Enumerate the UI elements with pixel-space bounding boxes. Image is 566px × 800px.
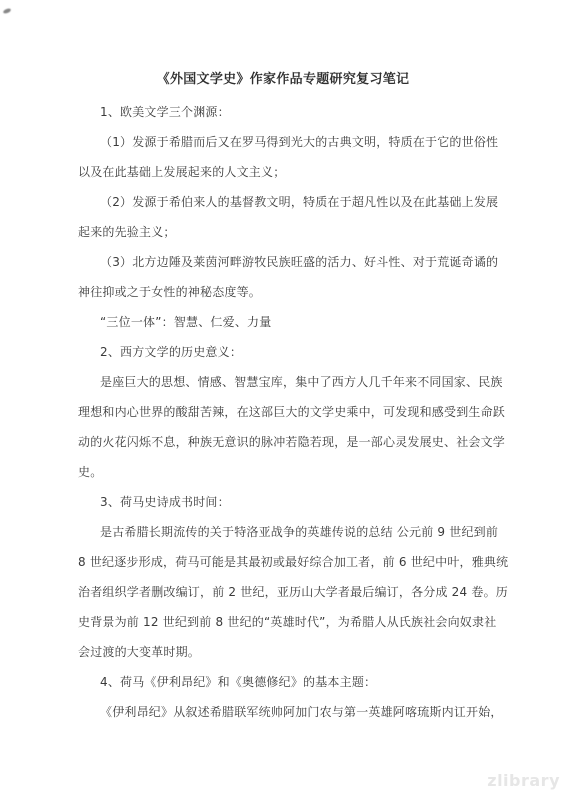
text-line: 8 世纪逐步形成，荷马可能是其最初或最好综合加工者，前 6 世纪中叶，雅典统 [78, 547, 498, 577]
text-line: 会过渡的大变革时期。 [78, 637, 498, 667]
text-line: 史背景为前 12 世纪到前 8 世纪的“英雄时代”，为希腊人从氏族社会向奴隶社 [78, 607, 498, 637]
text-line: 2、西方文学的历史意义： [78, 337, 498, 367]
document-page: 《外国文学史》作家作品专题研究复习笔记 1、欧美文学三个渊源： （1）发源于希腊… [0, 0, 566, 800]
text-line: 1、欧美文学三个渊源： [78, 97, 498, 127]
text-line: 动的火花闪烁不息，种族无意识的脉冲若隐若现，是一部心灵发展史、社会文学 [78, 427, 498, 457]
scan-ink-mark [3, 8, 12, 14]
text-line: “三位一体”：智慧、仁爱、力量 [78, 307, 498, 337]
document-title: 《外国文学史》作家作品专题研究复习笔记 [0, 68, 566, 87]
text-line: 《伊利昂纪》从叙述希腊联军统帅阿加门农与第一英雄阿喀琉斯内讧开始， [78, 697, 498, 727]
text-line: 以及在此基础上发展起来的人文主义； [78, 157, 498, 187]
text-line: 治者组织学者删改编订，前 2 世纪，亚历山大学者最后编订，各分成 24 卷。历 [78, 577, 498, 607]
text-line: （3）北方边陲及莱茵河畔游牧民族旺盛的活力、好斗性、对于荒诞奇谲的 [78, 247, 498, 277]
text-line: 史。 [78, 457, 498, 487]
text-line: （1）发源于希腊而后又在罗马得到光大的古典文明，特质在于它的世俗性 [78, 127, 498, 157]
text-line: （2）发源于希伯来人的基督教文明，特质在于超凡性以及在此基础上发展 [78, 187, 498, 217]
text-line: 4、荷马《伊利昂纪》和《奥德修纪》的基本主题： [78, 667, 498, 697]
text-line: 3、荷马史诗成书时间： [78, 487, 498, 517]
document-body: 1、欧美文学三个渊源： （1）发源于希腊而后又在罗马得到光大的古典文明，特质在于… [78, 97, 498, 727]
text-line: 起来的先验主义； [78, 217, 498, 247]
text-line: 是座巨大的思想、情感、智慧宝库，集中了西方人几千年来不同国家、民族 [78, 367, 498, 397]
text-line: 理想和内心世界的酸甜苦辣，在这部巨大的文学史乘中，可发现和感受到生命跃 [78, 397, 498, 427]
text-line: 神往抑或之于女性的神秘态度等。 [78, 277, 498, 307]
text-line: 是古希腊长期流传的关于特洛亚战争的英雄传说的总结 公元前 9 世纪到前 [78, 517, 498, 547]
zlibrary-watermark-logo: zlibrary [487, 771, 560, 790]
